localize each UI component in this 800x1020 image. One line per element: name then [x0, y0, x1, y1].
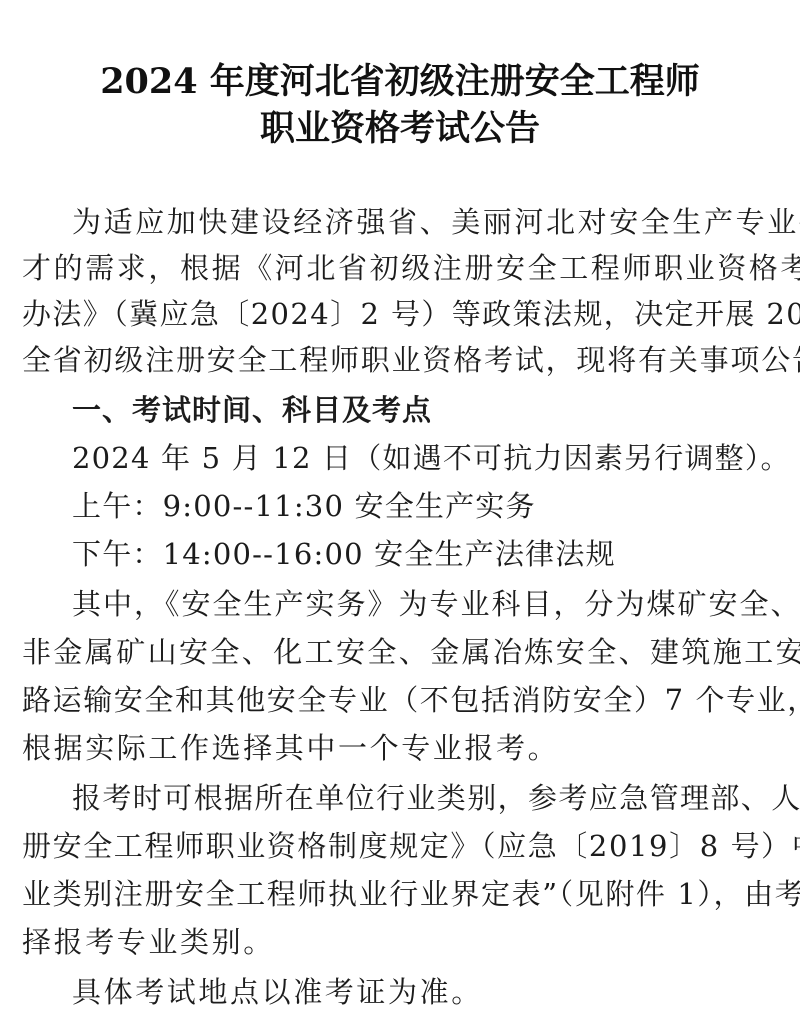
paragraph2-line2: 非金属矿山安全、化工安全、金属冶炼安全、建筑施工安全、道: [22, 632, 792, 672]
paragraph1-line3: 办法》（冀应急〔2024〕2 号）等政策法规，决定开展 2024 年度: [22, 294, 792, 334]
document-title-line1: 2024 年度河北省初级注册安全工程师: [0, 54, 800, 104]
section1-heading: 一、考试时间、科目及考点: [72, 390, 800, 430]
paragraph3-line2: 册安全工程师职业资格制度规定》（应急〔2019〕8 号）中“各专: [22, 826, 792, 866]
paragraph3-line1: 报考时可根据所在单位行业类别，参考应急管理部、人社部《注: [72, 778, 800, 818]
paragraph1-line2: 才的需求，根据《河北省初级注册安全工程师职业资格考试实施: [22, 248, 792, 288]
paragraph2-line1: 其中，《安全生产实务》为专业科目，分为煤矿安全、金属: [72, 584, 800, 624]
paragraph1-line1: 为适应加快建设经济强省、美丽河北对安全生产专业技术人: [72, 202, 800, 242]
morning-session: 上午：9:00--11:30 安全生产实务: [72, 486, 800, 526]
paragraph1-line4: 全省初级注册安全工程师职业资格考试，现将有关事项公告如下。: [22, 340, 792, 380]
paragraph3-line4: 择报考专业类别。: [22, 922, 792, 962]
document-title-line2: 职业资格考试公告: [0, 101, 800, 151]
paragraph2-line4: 根据实际工作选择其中一个专业报考。: [22, 728, 792, 768]
afternoon-session: 下午：14:00--16:00 安全生产法律法规: [72, 534, 800, 574]
paragraph3-line3: 业类别注册安全工程师执业行业界定表”（见附件 1），由考生选: [22, 874, 792, 914]
paragraph2-line3: 路运输安全和其他安全专业（不包括消防安全）7 个专业，考生可: [22, 680, 792, 720]
exam-date: 2024 年 5 月 12 日（如遇不可抗力因素另行调整）。: [72, 438, 800, 478]
paragraph4: 具体考试地点以准考证为准。: [72, 972, 800, 1012]
